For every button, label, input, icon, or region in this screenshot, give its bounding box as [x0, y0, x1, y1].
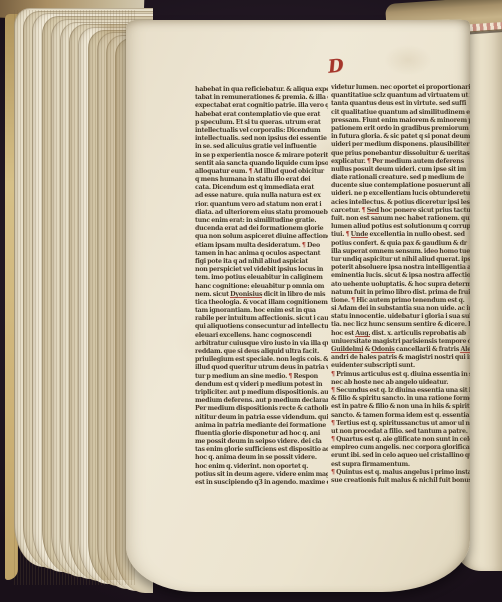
text-line: sentit aia sancta quando liquide cum ips…	[195, 160, 328, 168]
text-line: ¶ Quartus est q. aie glificate non sunt …	[331, 436, 470, 444]
text-line: euidenter subscripti sunt.	[331, 362, 470, 370]
text-line: ducente siue contemplatione posuerunt al…	[331, 182, 470, 190]
text-line: tanta quantus deus est in virtute. sed s…	[331, 100, 470, 108]
text-line: lumen aliud potius est solutionum q corr…	[331, 223, 470, 231]
text-line: erunt ibi. sed in celo aqueo uel cristal…	[331, 452, 470, 460]
text-line: que prius ponebantur dissoluitur & uerit…	[331, 150, 470, 158]
text-line: empireo cum angelis. nec corpora glorifi…	[331, 444, 470, 452]
page-recto: D habebat in qua reficiebatur. & aliqua …	[126, 20, 470, 592]
text-line: tripliciter. aut p medium dispositionis.…	[195, 389, 328, 397]
text-line: intellectualis vel corporalis: Dicendum	[195, 127, 328, 135]
text-line: tamen in hac anima q oculos aspectant	[195, 250, 328, 258]
text-line: Per medium dispositionis recte & catholi…	[195, 405, 328, 413]
text-line: potius confert. & quia pax & gaudium & d…	[331, 240, 470, 248]
text-line: in se. sed alicuius gratie vel influenti…	[195, 143, 328, 151]
text-line: p speculum. Et si tu queras. utrum erat	[195, 119, 328, 127]
text-line: nem. sicut Dyonisius dicit in libro de m…	[195, 291, 328, 299]
text-line: tem. imo potius eleuabitur in caliginem	[195, 274, 328, 282]
text-line: acies intellectus. & potius diceretur ip…	[331, 199, 470, 207]
text-line: & filio & spiritu sancto. in una ratione…	[331, 395, 470, 403]
text-line: dendum est q videri p medium potest in	[195, 381, 328, 389]
text-line: non perspiciet vel videbit ipsius locus …	[195, 266, 328, 274]
text-line: poterit absoluere ipsa nostra intelligen…	[331, 264, 470, 272]
text-line: arbitratur cuiusque viro iusto in via il…	[195, 340, 328, 348]
text-line: tam ignorantiam. hoc enim est in qua	[195, 307, 328, 315]
text-line: tiui. ¶ Unde excellentia in nullo obest.…	[331, 231, 470, 239]
text-line: ato uehente uoluptatis. & hoc supra dete…	[331, 281, 470, 289]
text-line: videtur lumen. nec oportet ei proportion…	[331, 84, 470, 92]
text-line: expectabat erat cognitio patrie. illa ve…	[195, 102, 328, 110]
text-line: intellectualis. sed non ipsius dei essen…	[195, 135, 328, 143]
text-line: diate rationali creature. sed p medium d…	[331, 174, 470, 182]
text-line: explicatur. ¶ Per medium autem deferens	[331, 158, 470, 166]
text-line: eminentia lucis. sicut & ipsa nostra aff…	[331, 272, 470, 280]
text-line: sancto. & tamen forma idem est q. essent…	[331, 412, 470, 420]
text-line: me possit deum in seipso videre. dei cla	[195, 438, 328, 446]
text-line: tur undiq aspicitur ut nihil aliud quera…	[331, 256, 470, 264]
text-line: tione. ¶ Hic autem primo tenendum est q.	[331, 297, 470, 305]
text-line: tunc enim erat: in similitudine gratie.	[195, 217, 328, 225]
text-line: reddam. que si deus aliquid ultra facit.	[195, 348, 328, 356]
text-line: fluentia glorie disponetur ad hoc q. ani	[195, 430, 328, 438]
text-line: in futura gloria. & sic patet q si ponat…	[331, 133, 470, 141]
text-line: quantitatiue sclz quantum ad virtuatem u…	[331, 92, 470, 100]
text-line: anima in patria mediante dei formatione	[195, 422, 328, 430]
text-line: Guildelmi & Odonis cancellarii & fratris…	[331, 346, 470, 354]
text-line: cata. Dicendum est q immediata erat	[195, 184, 328, 192]
text-line: uideri per medium disponens. plausibilit…	[331, 141, 470, 149]
text-line: rabile per intuitum affectionis. sicut i…	[195, 315, 328, 323]
text-line: fuit. non est sanum nec habet rationem. …	[331, 215, 470, 223]
text-line: est in suscipiendo q3 in agendo. maxime …	[195, 479, 328, 487]
text-line: qua non solum aspiceret diuine affection…	[195, 233, 328, 241]
text-line: nititur deum in patria esse videndum. qu…	[195, 414, 328, 422]
text-line: carcetur. ¶ Sed hoc ponere sicut prius t…	[331, 207, 470, 215]
text-line: hoc enim q. viderint. non oportet q.	[195, 463, 328, 471]
text-line: habebat in qua reficiebatur. & aliqua ex…	[195, 86, 328, 94]
text-line: diata. ad ulteriorem eius statu promoueb…	[195, 209, 328, 217]
text-line: statu innocentie. uidebatur i gloria i s…	[331, 313, 470, 321]
text-line: ¶ Quintus est q. malus angelus i primo i…	[331, 469, 470, 477]
text-line: hoc q. anima deum in se possit videre.	[195, 454, 328, 462]
text-line: si Adam dei in substantia sua non uide. …	[331, 305, 470, 313]
text-line: andri de hales patris & magistri nostri …	[331, 354, 470, 362]
text-line: eleuari excellens. hanc cognoscendi	[195, 332, 328, 340]
text-line: tas enim glorie sufficiens est dispositi…	[195, 446, 328, 454]
text-line: alloquatur eum. ¶ Ad illud quod obicitur	[195, 168, 328, 176]
text-line: qui aliquotiens consecuntur ad intellect…	[195, 323, 328, 331]
text-line: hoc est Aug. dist. x. articulis reprobat…	[331, 330, 470, 338]
text-line: hanc cognitione: eleuabitur p omnia om	[195, 283, 328, 291]
text-line: ad esse nature. quia nulla natura est ex	[195, 192, 328, 200]
text-line: est in patre & filio & non una in hiis &…	[331, 403, 470, 411]
text-line: tia. nec licz hunc sensum sentire & dice…	[331, 321, 470, 329]
text-line: ut non procedat a filio. sed tantum a pa…	[331, 428, 470, 436]
text-line: cit qualitatiue quantum ad similitudinem…	[331, 109, 470, 117]
text-line: nec ab hoste nec ab angelo uideatur.	[331, 379, 470, 387]
text-line: uniuersitate magistri parisiensis tempor…	[331, 338, 470, 346]
quire-mark: D	[327, 55, 345, 78]
text-line: tabat in remunerationes & premia. & illa…	[195, 94, 328, 102]
text-line: figi pote ita q ad nihil aliud aspiciat	[195, 258, 328, 266]
text-column-left: habebat in qua reficiebatur. & aliqua ex…	[195, 86, 328, 487]
text-line: est supra firmamentum.	[331, 461, 470, 469]
text-line: illud quod queritur utrum deus in patria…	[195, 364, 328, 372]
text-line: priuilegium est speciale. non legis cois…	[195, 356, 328, 364]
text-column-right: videtur lumen. nec oportet ei proportion…	[331, 84, 470, 485]
text-line: ¶ Tertius est q. spiritussanctus ut amor…	[331, 420, 470, 428]
text-line: illa superat omnem sensum. ideo homo tue	[331, 248, 470, 256]
text-line: pationem erit ordo in gradibus premiorum	[331, 125, 470, 133]
text-line: in se p experientia nosce & mirare poter…	[195, 152, 328, 160]
text-line: q mens humana in statu illo erat dei	[195, 176, 328, 184]
text-line: pressam. Fiunt enim maiorem & minorem pt…	[331, 117, 470, 125]
text-line: nullus posuit deum uideri. cum ipse sit …	[331, 166, 470, 174]
book-photograph: D habebat in qua reficiebatur. & aliqua …	[0, 0, 502, 602]
text-line: rior. quantum vero ad statum non erat i	[195, 201, 328, 209]
text-line: tica theologia. & vocat illam cognitione…	[195, 299, 328, 307]
text-line: ducenda erat ad dei formationem glorie	[195, 225, 328, 233]
text-line: medium deferens. aut p medium declarans.	[195, 397, 328, 405]
text-line: sue creationis fuit malus & nichil fuit …	[331, 477, 470, 485]
text-line: ¶ Secundus est q. lz diuina essentia una…	[331, 387, 470, 395]
text-line: natum fuit in primo libro dist. prima de…	[331, 289, 470, 297]
text-line: ¶ Primus articulus est q. diuina essenti…	[331, 371, 470, 379]
text-line: tur p medium an sine medio. ¶ Respon	[195, 373, 328, 381]
text-line: potius sit in deum agere. videre enim ma…	[195, 471, 328, 479]
text-line: uideri. ne p excellentiam lucis obtunder…	[331, 190, 470, 198]
text-line: etiam ipsam multa desideratum. ¶ Deo	[195, 242, 328, 250]
text-line: habebat erat contemplatio vie que erat	[195, 111, 328, 119]
